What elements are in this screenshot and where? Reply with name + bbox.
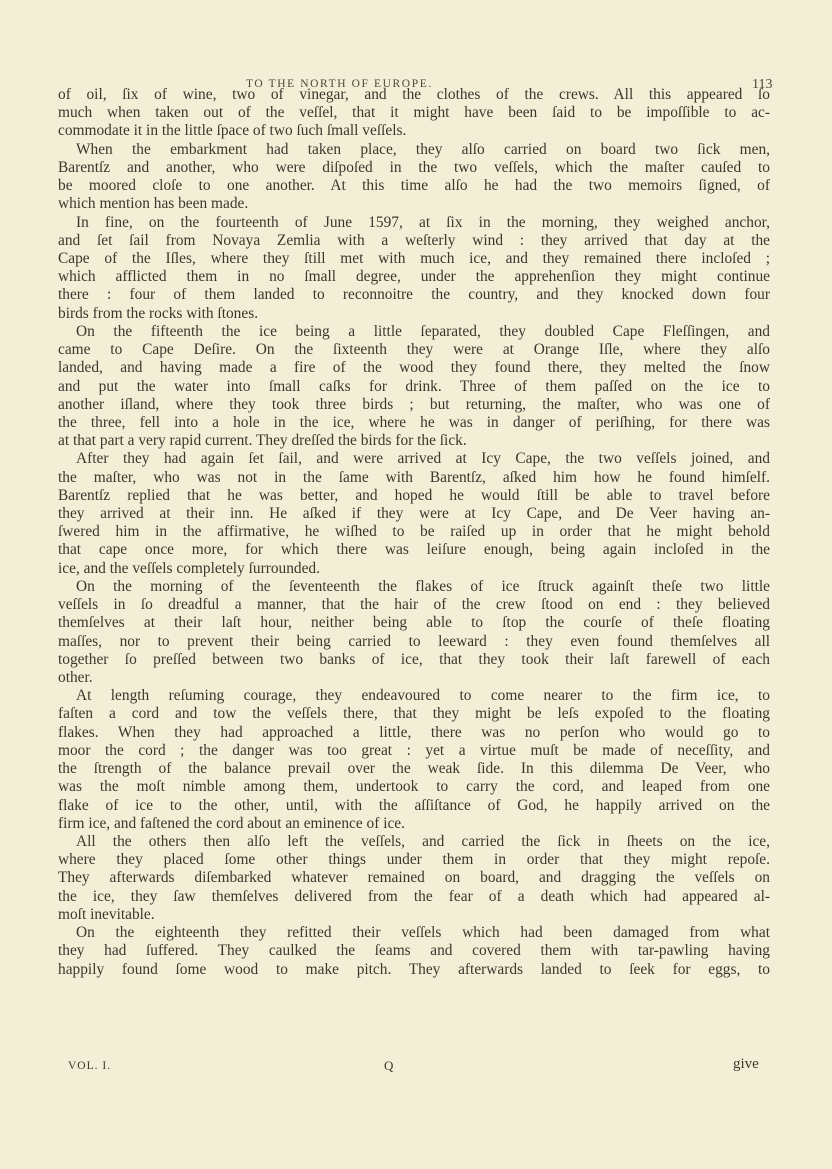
text-line: happily found ſome wood to make pitch. T… [58, 961, 770, 979]
text-line: Barentſz and another, who were diſpoſed … [58, 159, 770, 177]
text-line: at that part a very rapid current. They … [58, 432, 770, 450]
text-line: Cape of the Iſles, where they ſtill met … [58, 250, 770, 268]
text-line: the three, fell into a hole in the ice, … [58, 414, 770, 432]
text-line: came to Cape Deſire. On the ſixteenth th… [58, 341, 770, 359]
text-line: they had ſuffered. They caulked the ſeam… [58, 942, 770, 960]
paragraph: On the eighteenth they refitted their ve… [58, 924, 770, 979]
text-line: At length reſuming courage, they endeavo… [58, 687, 770, 705]
text-line: there : four of them landed to reconnoit… [58, 286, 770, 304]
text-line: moor the cord ; the danger was too great… [58, 742, 770, 760]
body-text: of oil, ſix of wine, two of vinegar, and… [58, 86, 770, 979]
text-line: ice, and the veſſels completely ſurround… [58, 560, 770, 578]
text-line: which afflicted them in no ſmall degree,… [58, 268, 770, 286]
text-line: that cape once more, for which there was… [58, 541, 770, 559]
text-line: where they placed ſome other things unde… [58, 851, 770, 869]
text-line: other. [58, 669, 770, 687]
text-line: On the morning of the ſeventeenth the fl… [58, 578, 770, 596]
page-footer: VOL. I. Q give [0, 1058, 832, 1076]
text-line: much when taken out of the veſſel, that … [58, 104, 770, 122]
text-line: themſelves at their laſt hour, neither b… [58, 614, 770, 632]
text-line: birds from the rocks with ſtones. [58, 305, 770, 323]
text-line: of oil, ſix of wine, two of vinegar, and… [58, 86, 770, 104]
text-line: together ſo preſſed between two banks of… [58, 651, 770, 669]
text-line: On the fifteenth the ice being a little … [58, 323, 770, 341]
text-line: which mention has been made. [58, 195, 770, 213]
text-line: moſt inevitable. [58, 906, 770, 924]
paragraph: After they had again ſet ſail, and were … [58, 450, 770, 578]
text-line: flakes. When they had approached a littl… [58, 724, 770, 742]
text-line: They afterwards diſembarked whatever rem… [58, 869, 770, 887]
text-line: flake of ice to the other, until, with t… [58, 797, 770, 815]
paragraph: At length reſuming courage, they endeavo… [58, 687, 770, 833]
signature-mark: Q [384, 1058, 393, 1074]
text-line: the ſtrength of the balance prevail over… [58, 760, 770, 778]
text-line: ſwered him in the affirmative, he wiſhed… [58, 523, 770, 541]
text-line: landed, and having made a fire of the wo… [58, 359, 770, 377]
text-line: they arrived at their inn. He aſked if t… [58, 505, 770, 523]
text-line: On the eighteenth they refitted their ve… [58, 924, 770, 942]
text-line: commodate it in the little ſpace of two … [58, 122, 770, 140]
paragraph: On the morning of the ſeventeenth the fl… [58, 578, 770, 687]
paragraph: When the embarkment had taken place, the… [58, 141, 770, 214]
paragraph: of oil, ſix of wine, two of vinegar, and… [58, 86, 770, 141]
text-line: be moored cloſe to one another. At this … [58, 177, 770, 195]
text-line: firm ice, and faſtened the cord about an… [58, 815, 770, 833]
paragraph: On the fifteenth the ice being a little … [58, 323, 770, 451]
text-line: maſſes, nor to prevent their being carri… [58, 633, 770, 651]
text-line: All the others then alſo left the veſſel… [58, 833, 770, 851]
text-line: After they had again ſet ſail, and were … [58, 450, 770, 468]
volume-label: VOL. I. [68, 1060, 111, 1072]
text-line: the ice, they ſaw themſelves delivered f… [58, 888, 770, 906]
text-line: and ſet ſail from Novaya Zemlia with a w… [58, 232, 770, 250]
paragraph: All the others then alſo left the veſſel… [58, 833, 770, 924]
text-line: another iſland, where they took three bi… [58, 396, 770, 414]
text-line: In fine, on the fourteenth of June 1597,… [58, 214, 770, 232]
text-line: Barentſz replied that he was better, and… [58, 487, 770, 505]
text-line: the maſter, who was not in the ſame with… [58, 469, 770, 487]
text-line: and put the water into ſmall caſks for d… [58, 378, 770, 396]
text-line: veſſels in ſo dreadful a manner, that th… [58, 596, 770, 614]
text-line: faſten a cord and tow the veſſels there,… [58, 705, 770, 723]
book-page: TO THE NORTH OF EUROPE. 113 of oil, ſix … [0, 0, 832, 1169]
text-line: was the moſt nimble among them, undertoo… [58, 778, 770, 796]
paragraph: In fine, on the fourteenth of June 1597,… [58, 214, 770, 323]
catchword: give [733, 1056, 759, 1073]
text-line: When the embarkment had taken place, the… [58, 141, 770, 159]
